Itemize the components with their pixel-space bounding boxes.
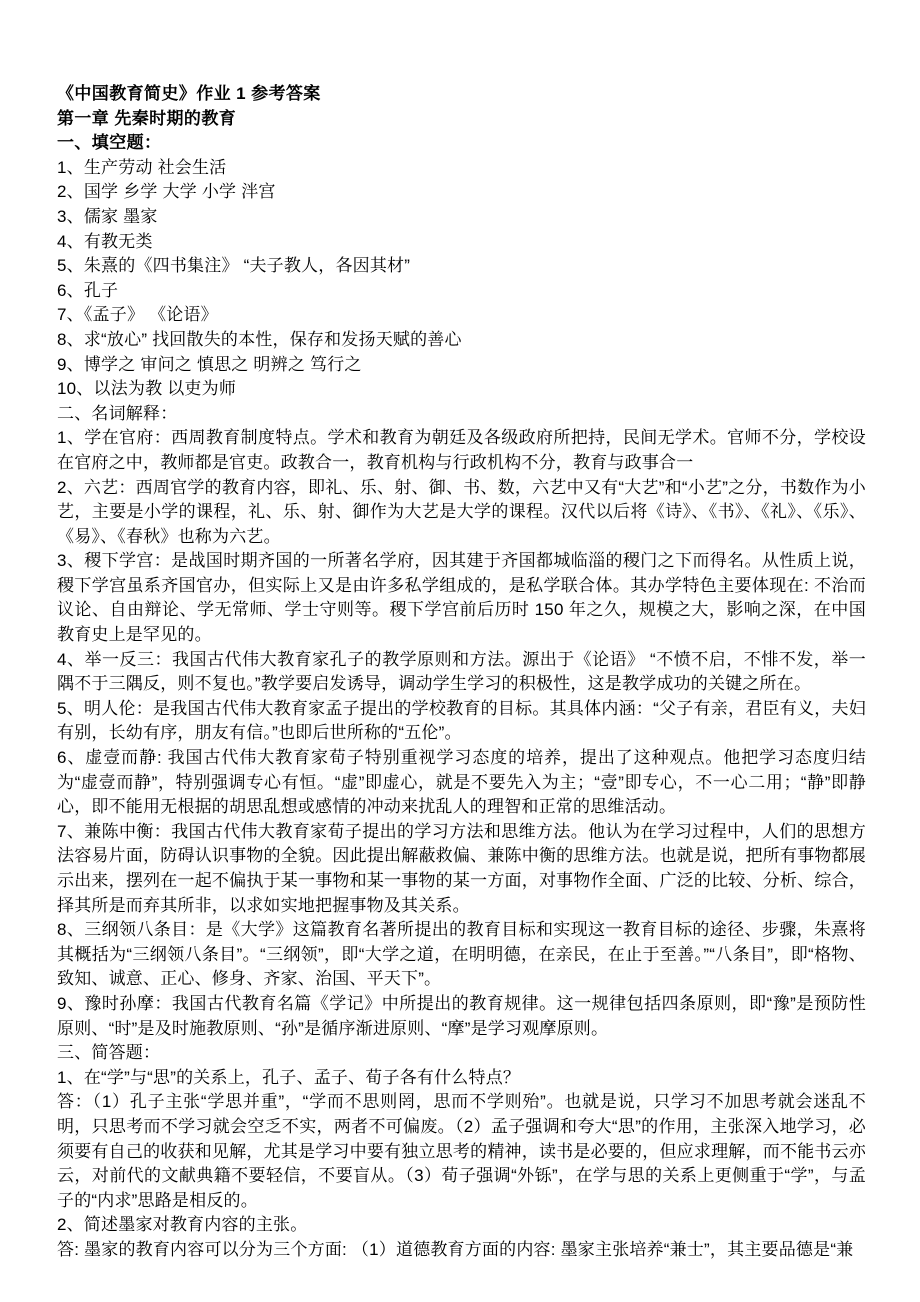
doc-title: 《中国教育简史》作业 1 参考答案 <box>57 82 866 107</box>
section-heading-terms: 二、名词解释： <box>57 402 866 427</box>
term-definition: 9、豫时孙摩：我国古代教育名篇《学记》中所提出的教育规律。这一规律包括四条原则，… <box>57 992 866 1041</box>
term-definition: 8、三纲领八条目：是《大学》这篇教育名著所提出的教育目标和实现这一教育目标的途径… <box>57 918 866 992</box>
term-definition: 4、举一反三：我国古代伟大教育家孔子的教学原则和方法。源出于《论语》 “不愤不启… <box>57 648 866 697</box>
term-definition: 2、六艺：西周官学的教育内容，即礼、乐、射、御、书、数，六艺中又有“大艺”和“小… <box>57 476 866 550</box>
section-heading-fill-in: 一、填空题： <box>57 131 866 156</box>
term-definition: 5、明人伦：是我国古代伟大教育家孟子提出的学校教育的目标。其具体内涵：“父子有亲… <box>57 697 866 746</box>
term-definition: 3、稷下学宫：是战国时期齐国的一所著名学府，因其建于齐国都城临淄的稷门之下而得名… <box>57 549 866 647</box>
term-definition: 1、学在官府：西周教育制度特点。学术和教育为朝廷及各级政府所把持，民间无学术。官… <box>57 426 866 475</box>
fill-in-answer: 4、有教无类 <box>57 230 866 255</box>
fill-in-answer: 8、求“放心” 找回散失的本性，保存和发扬天赋的善心 <box>57 328 866 353</box>
document-body: 《中国教育简史》作业 1 参考答案第一章 先秦时期的教育一、填空题：1、生产劳动… <box>57 82 866 1263</box>
fill-in-answer: 1、生产劳动 社会生活 <box>57 156 866 181</box>
short-answer-question: 1、在“学”与“思”的关系上，孔子、孟子、荀子各有什么特点？ <box>57 1066 866 1091</box>
section-heading-short-answer: 三、简答题： <box>57 1041 866 1066</box>
fill-in-answer: 2、国学 乡学 大学 小学 泮宫 <box>57 180 866 205</box>
term-definition: 6、虚壹而静: 我国古代伟大教育家荀子特别重视学习态度的培养，提出了这种观点。他… <box>57 746 866 820</box>
short-answer-answer: 答：（1）孔子主张“学思并重”，“学而不思则罔，思而不学则殆”。也就是说，只学习… <box>57 1090 866 1213</box>
fill-in-answer: 10、以法为教 以吏为师 <box>57 377 866 402</box>
fill-in-answer: 5、朱熹的《四书集注》 “夫子教人，各因其材” <box>57 254 866 279</box>
fill-in-answer: 3、儒家 墨家 <box>57 205 866 230</box>
fill-in-answer: 6、孔子 <box>57 279 866 304</box>
short-answer-answer: 答: 墨家的教育内容可以分为三个方面: （1）道德教育方面的内容: 墨家主张培养… <box>57 1238 866 1263</box>
document-page: 《中国教育简史》作业 1 参考答案第一章 先秦时期的教育一、填空题：1、生产劳动… <box>0 0 920 1302</box>
chapter-heading: 第一章 先秦时期的教育 <box>57 107 866 132</box>
term-definition: 7、兼陈中衡：我国古代伟大教育家荀子提出的学习方法和思维方法。他认为在学习过程中… <box>57 820 866 918</box>
fill-in-answer: 7、《孟子》 《论语》 <box>57 303 866 328</box>
short-answer-question: 2、简述墨家对教育内容的主张。 <box>57 1213 866 1238</box>
fill-in-answer: 9、博学之 审问之 慎思之 明辨之 笃行之 <box>57 353 866 378</box>
